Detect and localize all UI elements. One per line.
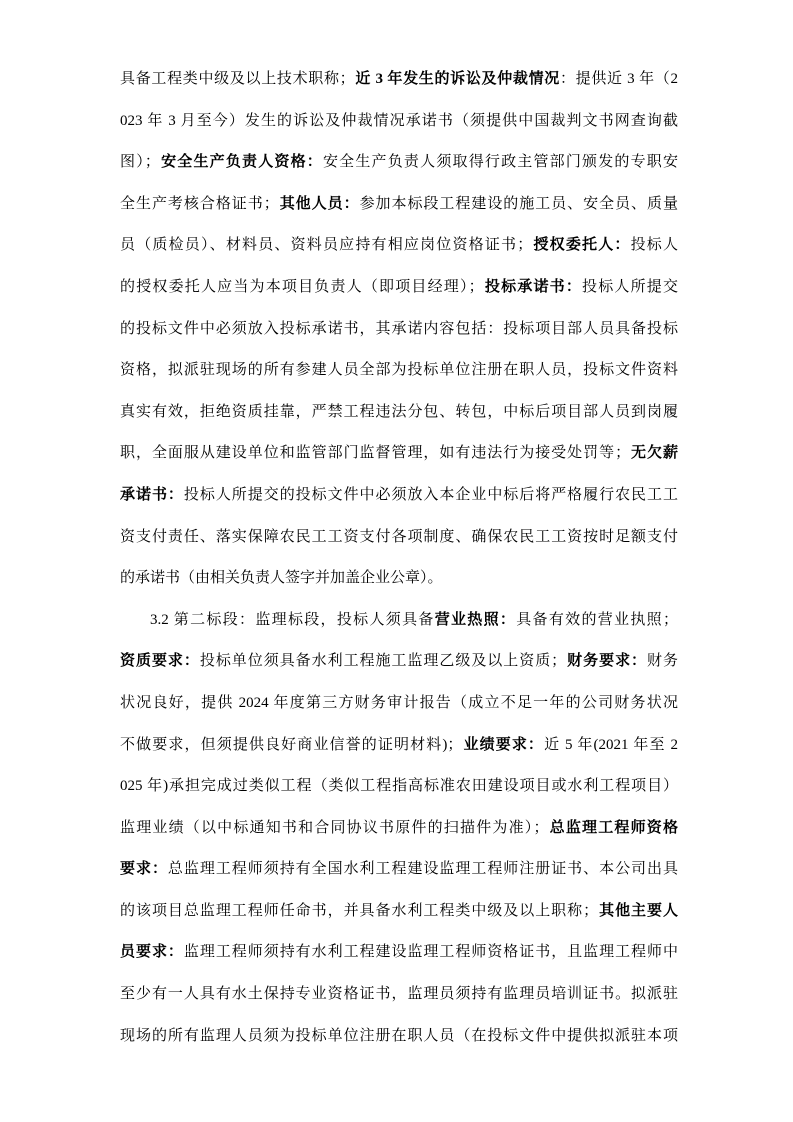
- text-line: 全生产考核合格证书；其他人员：参加本标段工程建设的施工员、安全员、质量: [120, 184, 678, 226]
- text-line: 监理业绩（以中标通知书和合同协议书原件的扫描件为准）；总监理工程师资格: [120, 808, 678, 850]
- text-segment: 近 5 年(2021 年至 2: [544, 737, 678, 753]
- text-segment: 至少有一人具有水土保持专业资格证书，监理员须持有监理员培训证书。拟派驻: [120, 986, 678, 1002]
- text-segment: ：提供近 3 年（2: [560, 71, 678, 87]
- text-line: 职，全面服从建设单位和监管部门监督管理，如有违法行为接受处罚等；无欠薪: [120, 433, 678, 475]
- text-segment: 025 年)承担完成过类似工程（类似工程指高标准农田建设项目或水利工程项目）: [120, 778, 678, 794]
- text-line: 员要求：监理工程师须持有水利工程建设监理工程师资格证书，且监理工程师中: [120, 932, 678, 974]
- text-line: 的该项目总监理工程师任命书，并具备水利工程类中级及以上职称；其他主要人: [120, 891, 678, 933]
- text-segment: 具备工程类中级及以上技术职称；: [120, 71, 355, 87]
- bold-label-segment: 资质要求：: [120, 653, 200, 669]
- text-line: 资格，拟派驻现场的所有参建人员全部为投标单位注册在职人员，投标文件资料: [120, 350, 678, 392]
- bold-label-segment: 承诺书：: [120, 487, 184, 503]
- text-line: 不做要求，但须提供良好商业信誉的证明材料)；业绩要求：近 5 年(2021 年至…: [120, 725, 678, 767]
- text-segment: 3.2 第二标段：监理标段，投标人须具备: [150, 612, 435, 628]
- text-segment: 员（质检员）、材料员、资料员应持有相应岗位资格证书；: [120, 237, 532, 253]
- text-line: 至少有一人具有水土保持专业资格证书，监理员须持有监理员培训证书。拟派驻: [120, 974, 678, 1016]
- bold-label-segment: 安全生产负责人资格：: [160, 154, 323, 170]
- bold-label-segment: 总监理工程师资格: [548, 820, 678, 836]
- text-segment: 安全生产负责人须取得行政主管部门颁发的专职安: [323, 154, 678, 170]
- bold-label-segment: 投标承诺书：: [484, 279, 582, 295]
- bold-label-segment: 近 3 年发生的诉讼及仲裁情况: [355, 71, 560, 87]
- text-segment: 投标人所提交: [582, 279, 678, 295]
- bold-label-segment: 营业热照：: [435, 612, 517, 628]
- text-segment: 的承诺书（由相关负责人签字并加盖企业公章）。: [120, 570, 443, 586]
- text-segment: 监理工程师须持有水利工程建设监理工程师资格证书，且监理工程师中: [184, 944, 678, 960]
- text-segment: 的授权委托人应当为本项目负责人（即项目经理）；: [120, 279, 484, 295]
- text-line: 具备工程类中级及以上技术职称；近 3 年发生的诉讼及仲裁情况：提供近 3 年（2: [120, 59, 678, 101]
- text-segment: 真实有效，拒绝资质挂靠，严禁工程违法分包、转包，中标后项目部人员到岗履: [120, 404, 678, 420]
- bold-label-segment: 业绩要求：: [462, 737, 544, 753]
- bold-label-segment: 其他主要人: [598, 903, 678, 919]
- text-segment: 投标人所提交的投标文件中必须放入本企业中标后将严格履行农民工工: [184, 487, 678, 503]
- text-line: 图）；安全生产负责人资格：安全生产负责人须取得行政主管部门颁发的专职安: [120, 142, 678, 184]
- text-segment: 图）；: [120, 154, 160, 170]
- text-line: 真实有效，拒绝资质挂靠，严禁工程违法分包、转包，中标后项目部人员到岗履: [120, 392, 678, 434]
- text-line: 资质要求：投标单位须具备水利工程施工监理乙级及以上资质；财务要求：财务: [120, 641, 678, 683]
- text-line: 状况良好，提供 2024 年度第三方财务审计报告（成立不足一年的公司财务状况: [120, 683, 678, 725]
- text-line: 员（质检员）、材料员、资料员应持有相应岗位资格证书；授权委托人：投标人: [120, 225, 678, 267]
- text-line: 现场的所有监理人员须为投标单位注册在职人员（在投标文件中提供拟派驻本项: [120, 1016, 678, 1058]
- text-segment: 总监理工程师须持有全国水利工程建设监理工程师注册证书、本公司出具: [168, 861, 678, 877]
- text-segment: 职，全面服从建设单位和监管部门监督管理，如有违法行为接受处罚等；: [120, 445, 630, 461]
- text-segment: 资格，拟派驻现场的所有参建人员全部为投标单位注册在职人员，投标文件资料: [120, 362, 678, 378]
- bold-label-segment: 其他人员：: [279, 196, 360, 212]
- text-segment: 的该项目总监理工程师任命书，并具备水利工程类中级及以上职称；: [120, 903, 598, 919]
- document-text-block: 具备工程类中级及以上技术职称；近 3 年发生的诉讼及仲裁情况：提供近 3 年（2…: [120, 59, 678, 1057]
- text-line: 的承诺书（由相关负责人签字并加盖企业公章）。: [120, 558, 678, 600]
- text-segment: 参加本标段工程建设的施工员、安全员、质量: [360, 196, 678, 212]
- text-segment: 全生产考核合格证书；: [120, 196, 279, 212]
- text-segment: 的投标文件中必须放入投标承诺书，其承诺内容包括：投标项目部人员具备投标: [120, 321, 678, 337]
- text-segment: 投标单位须具备水利工程施工监理乙级及以上资质；: [200, 653, 566, 669]
- text-line: 承诺书：投标人所提交的投标文件中必须放入本企业中标后将严格履行农民工工: [120, 475, 678, 517]
- text-segment: 不做要求，但须提供良好商业信誉的证明材料)；: [120, 737, 462, 753]
- text-line: 的授权委托人应当为本项目负责人（即项目经理）；投标承诺书：投标人所提交: [120, 267, 678, 309]
- text-line: 的投标文件中必须放入投标承诺书，其承诺内容包括：投标项目部人员具备投标: [120, 309, 678, 351]
- text-segment: 现场的所有监理人员须为投标单位注册在职人员（在投标文件中提供拟派驻本项: [120, 1028, 678, 1044]
- text-line: 资支付责任、落实保障农民工工资支付各项制度、确保农民工工资按时足额支付: [120, 517, 678, 559]
- text-line: 023 年 3 月至今）发生的诉讼及仲裁情况承诺书（须提供中国裁判文书网查询截: [120, 101, 678, 143]
- text-segment: 023 年 3 月至今）发生的诉讼及仲裁情况承诺书（须提供中国裁判文书网查询截: [120, 113, 678, 129]
- paragraph-first-line: 3.2 第二标段：监理标段，投标人须具备营业热照：具备有效的营业执照；: [120, 600, 678, 642]
- bold-label-segment: 无欠薪: [630, 445, 678, 461]
- bold-label-segment: 员要求：: [120, 944, 184, 960]
- text-segment: 投标人: [631, 237, 678, 253]
- text-segment: 财务: [647, 653, 678, 669]
- text-segment: 资支付责任、落实保障农民工工资支付各项制度、确保农民工工资按时足额支付: [120, 529, 678, 545]
- document-page: 具备工程类中级及以上技术职称；近 3 年发生的诉讼及仲裁情况：提供近 3 年（2…: [0, 0, 793, 1122]
- text-line: 025 年)承担完成过类似工程（类似工程指高标准农田建设项目或水利工程项目）: [120, 766, 678, 808]
- text-segment: 具备有效的营业执照；: [516, 612, 678, 628]
- bold-label-segment: 财务要求：: [566, 653, 647, 669]
- text-segment: 状况良好，提供 2024 年度第三方财务审计报告（成立不足一年的公司财务状况: [120, 695, 678, 711]
- bold-label-segment: 授权委托人：: [532, 237, 630, 253]
- text-line: 要求：总监理工程师须持有全国水利工程建设监理工程师注册证书、本公司出具: [120, 849, 678, 891]
- text-segment: 监理业绩（以中标通知书和合同协议书原件的扫描件为准）；: [120, 820, 548, 836]
- bold-label-segment: 要求：: [120, 861, 168, 877]
